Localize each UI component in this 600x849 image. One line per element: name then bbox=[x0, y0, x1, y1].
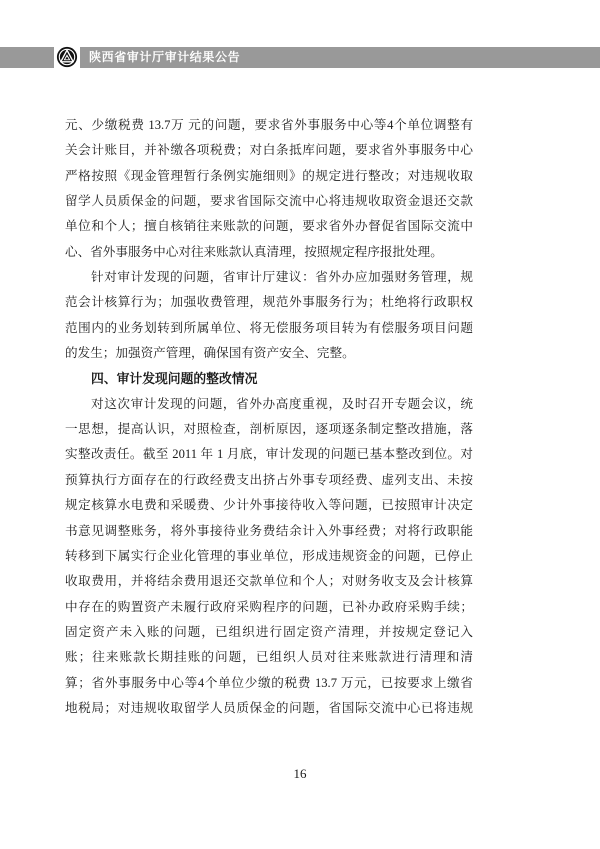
text-line: 书意见调整账务，将外事接待业务费结余计入外事经费；对将行政职能 bbox=[65, 519, 473, 544]
text-line: 算；省外事服务中心等4个单位少缴的税费 13.7 万元，已按要求上缴省 bbox=[65, 671, 473, 696]
text-line: 地税局；对违规收取留学人员质保金的问题，省国际交流中心已将违规 bbox=[65, 696, 473, 721]
text-line: 针对审计发现的问题，省审计厅建议：省外办应加强财务管理，规 bbox=[65, 265, 473, 290]
document-body: 元、少缴税费 13.7万 元的问题，要求省外事服务中心等4个单位调整有 关会计账… bbox=[65, 113, 473, 721]
text-line: 规定核算水电费和采暖费、少计外事接待收入等问题，已按照审计决定 bbox=[65, 493, 473, 518]
text-line: 转移到下属实行企业化管理的事业单位，形成违规资金的问题，已停止 bbox=[65, 544, 473, 569]
text-line: 实整改责任。截至 2011 年 1 月底，审计发现的问题已基本整改到位。对 bbox=[65, 442, 473, 467]
text-line: 单位和个人；擅自核销往来账款的问题，要求省外办督促省国际交流中 bbox=[65, 214, 473, 239]
audit-logo bbox=[54, 42, 80, 72]
text-line: 中存在的购置资产未履行政府采购程序的问题，已补办政府采购手续； bbox=[65, 595, 473, 620]
text-line: 固定资产未入账的问题，已组织进行固定资产清理，并按规定登记入 bbox=[65, 620, 473, 645]
text-line: 严格按照《现金管理暂行条例实施细则》的规定进行整改；对违规收取 bbox=[65, 164, 473, 189]
text-line: 预算执行方面存在的行政经费支出挤占外事专项经费、虚列支出、未按 bbox=[65, 468, 473, 493]
text-line: 元、少缴税费 13.7万 元的问题，要求省外事服务中心等4个单位调整有 bbox=[65, 113, 473, 138]
document-page: 陕西省审计厅审计结果公告 元、少缴税费 13.7万 元的问题，要求省外事服务中心… bbox=[0, 0, 600, 849]
header-title: 陕西省审计厅审计结果公告 bbox=[89, 47, 240, 68]
text-line: 留学人员质保金的问题，要求省国际交流中心将违规收取资金退还交款 bbox=[65, 189, 473, 214]
page-header: 陕西省审计厅审计结果公告 bbox=[0, 47, 600, 68]
audit-emblem-icon bbox=[56, 46, 78, 68]
page-number: 16 bbox=[0, 766, 600, 782]
text-line: 关会计账目，并补缴各项税费；对白条抵库问题，要求省外事服务中心 bbox=[65, 138, 473, 163]
text-line: 对这次审计发现的问题，省外办高度重视，及时召开专题会议，统 bbox=[65, 392, 473, 417]
section-heading: 四、审计发现问题的整改情况 bbox=[65, 366, 473, 391]
text-line: 收取费用，并将结余费用退还交款单位和个人；对财务收支及会计核算 bbox=[65, 569, 473, 594]
text-line: 范围内的业务划转到所属单位、将无偿服务项目转为有偿服务项目问题 bbox=[65, 316, 473, 341]
text-line: 心、省外事服务中心对往来账款认真清理，按照规定程序报批处理。 bbox=[65, 240, 473, 265]
text-line: 账；往来账款长期挂账的问题，已组织人员对往来账款进行清理和清 bbox=[65, 645, 473, 670]
text-line: 一思想，提高认识，对照检查，剖析原因，逐项逐条制定整改措施，落 bbox=[65, 417, 473, 442]
text-line: 范会计核算行为；加强收费管理，规范外事服务行为；杜绝将行政职权 bbox=[65, 290, 473, 315]
text-line: 的发生；加强资产管理，确保国有资产安全、完整。 bbox=[65, 341, 473, 366]
